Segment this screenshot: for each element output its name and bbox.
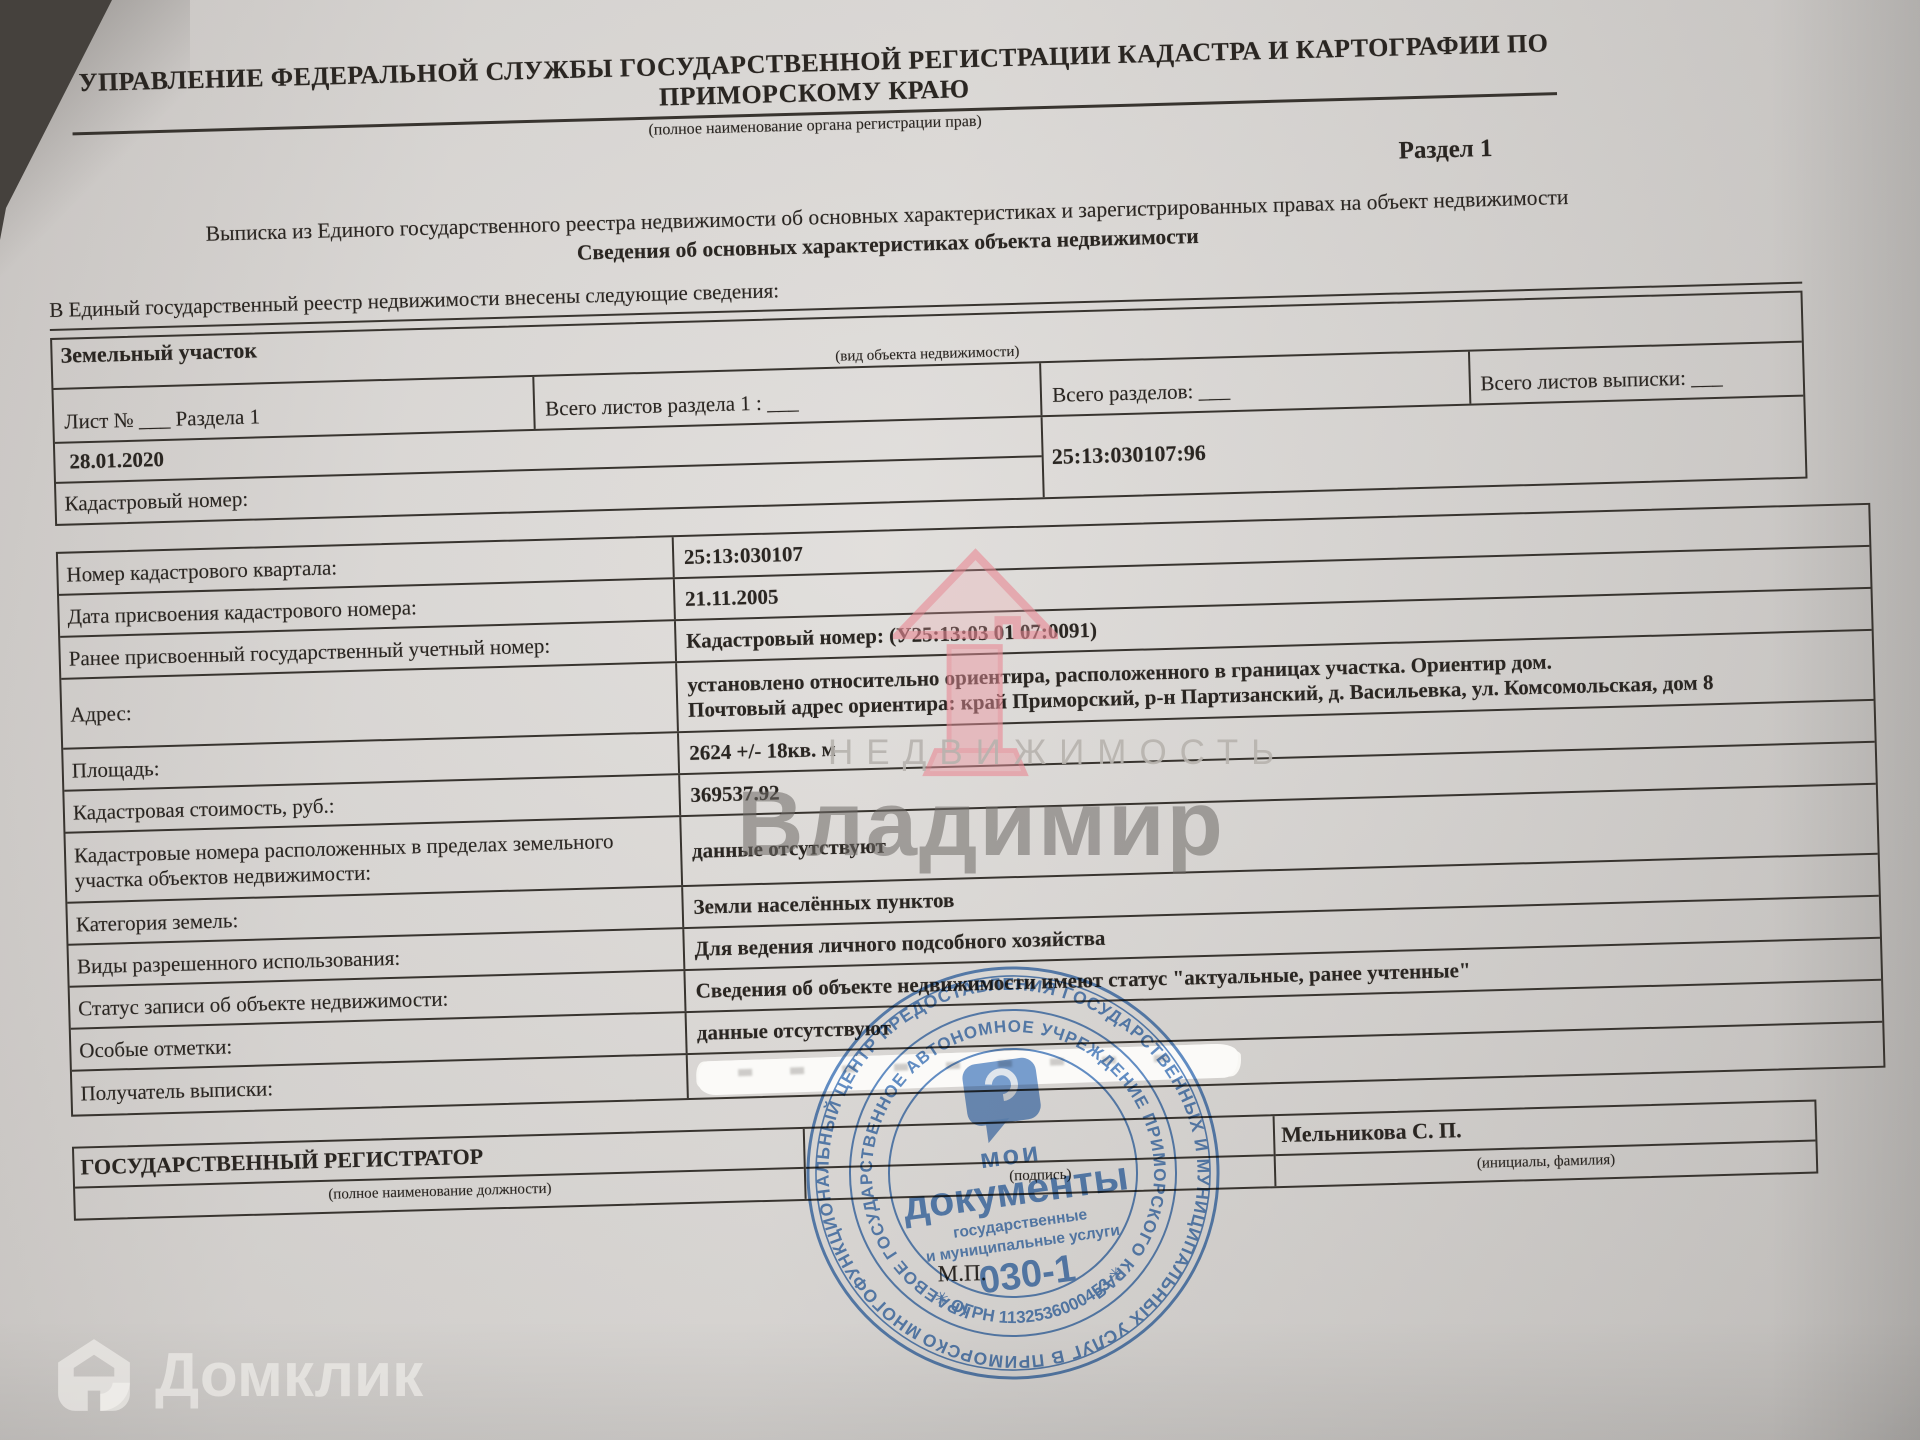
- watermark-vladimir: Владимир: [737, 772, 1225, 877]
- domclick-label: Домклик: [155, 1340, 423, 1411]
- mfc-stamp: МНОГОФУНКЦИОНАЛЬНЫЙ ЦЕНТР ПРЕДОСТАВЛЕНИЯ…: [770, 930, 1256, 1416]
- watermark-nedvizhimost: НЕДВИЖИМОСТЬ: [828, 733, 1287, 773]
- object-header-table: Земельный участок (вид объекта недвижимо…: [50, 291, 1807, 526]
- my-documents-logo-icon: [961, 1056, 1045, 1146]
- document-page: УПРАВЛЕНИЕ ФЕДЕРАЛЬНОЙ СЛУЖБЫ ГОСУДАРСТВ…: [0, 0, 1920, 1440]
- domclick-house-icon: [55, 1336, 133, 1414]
- extract-sheets-cell: Всего листов выписки: ___: [1470, 343, 1804, 404]
- sections-total-cell: Всего разделов: ___: [1041, 352, 1471, 416]
- domclick-watermark: Домклик: [55, 1336, 423, 1414]
